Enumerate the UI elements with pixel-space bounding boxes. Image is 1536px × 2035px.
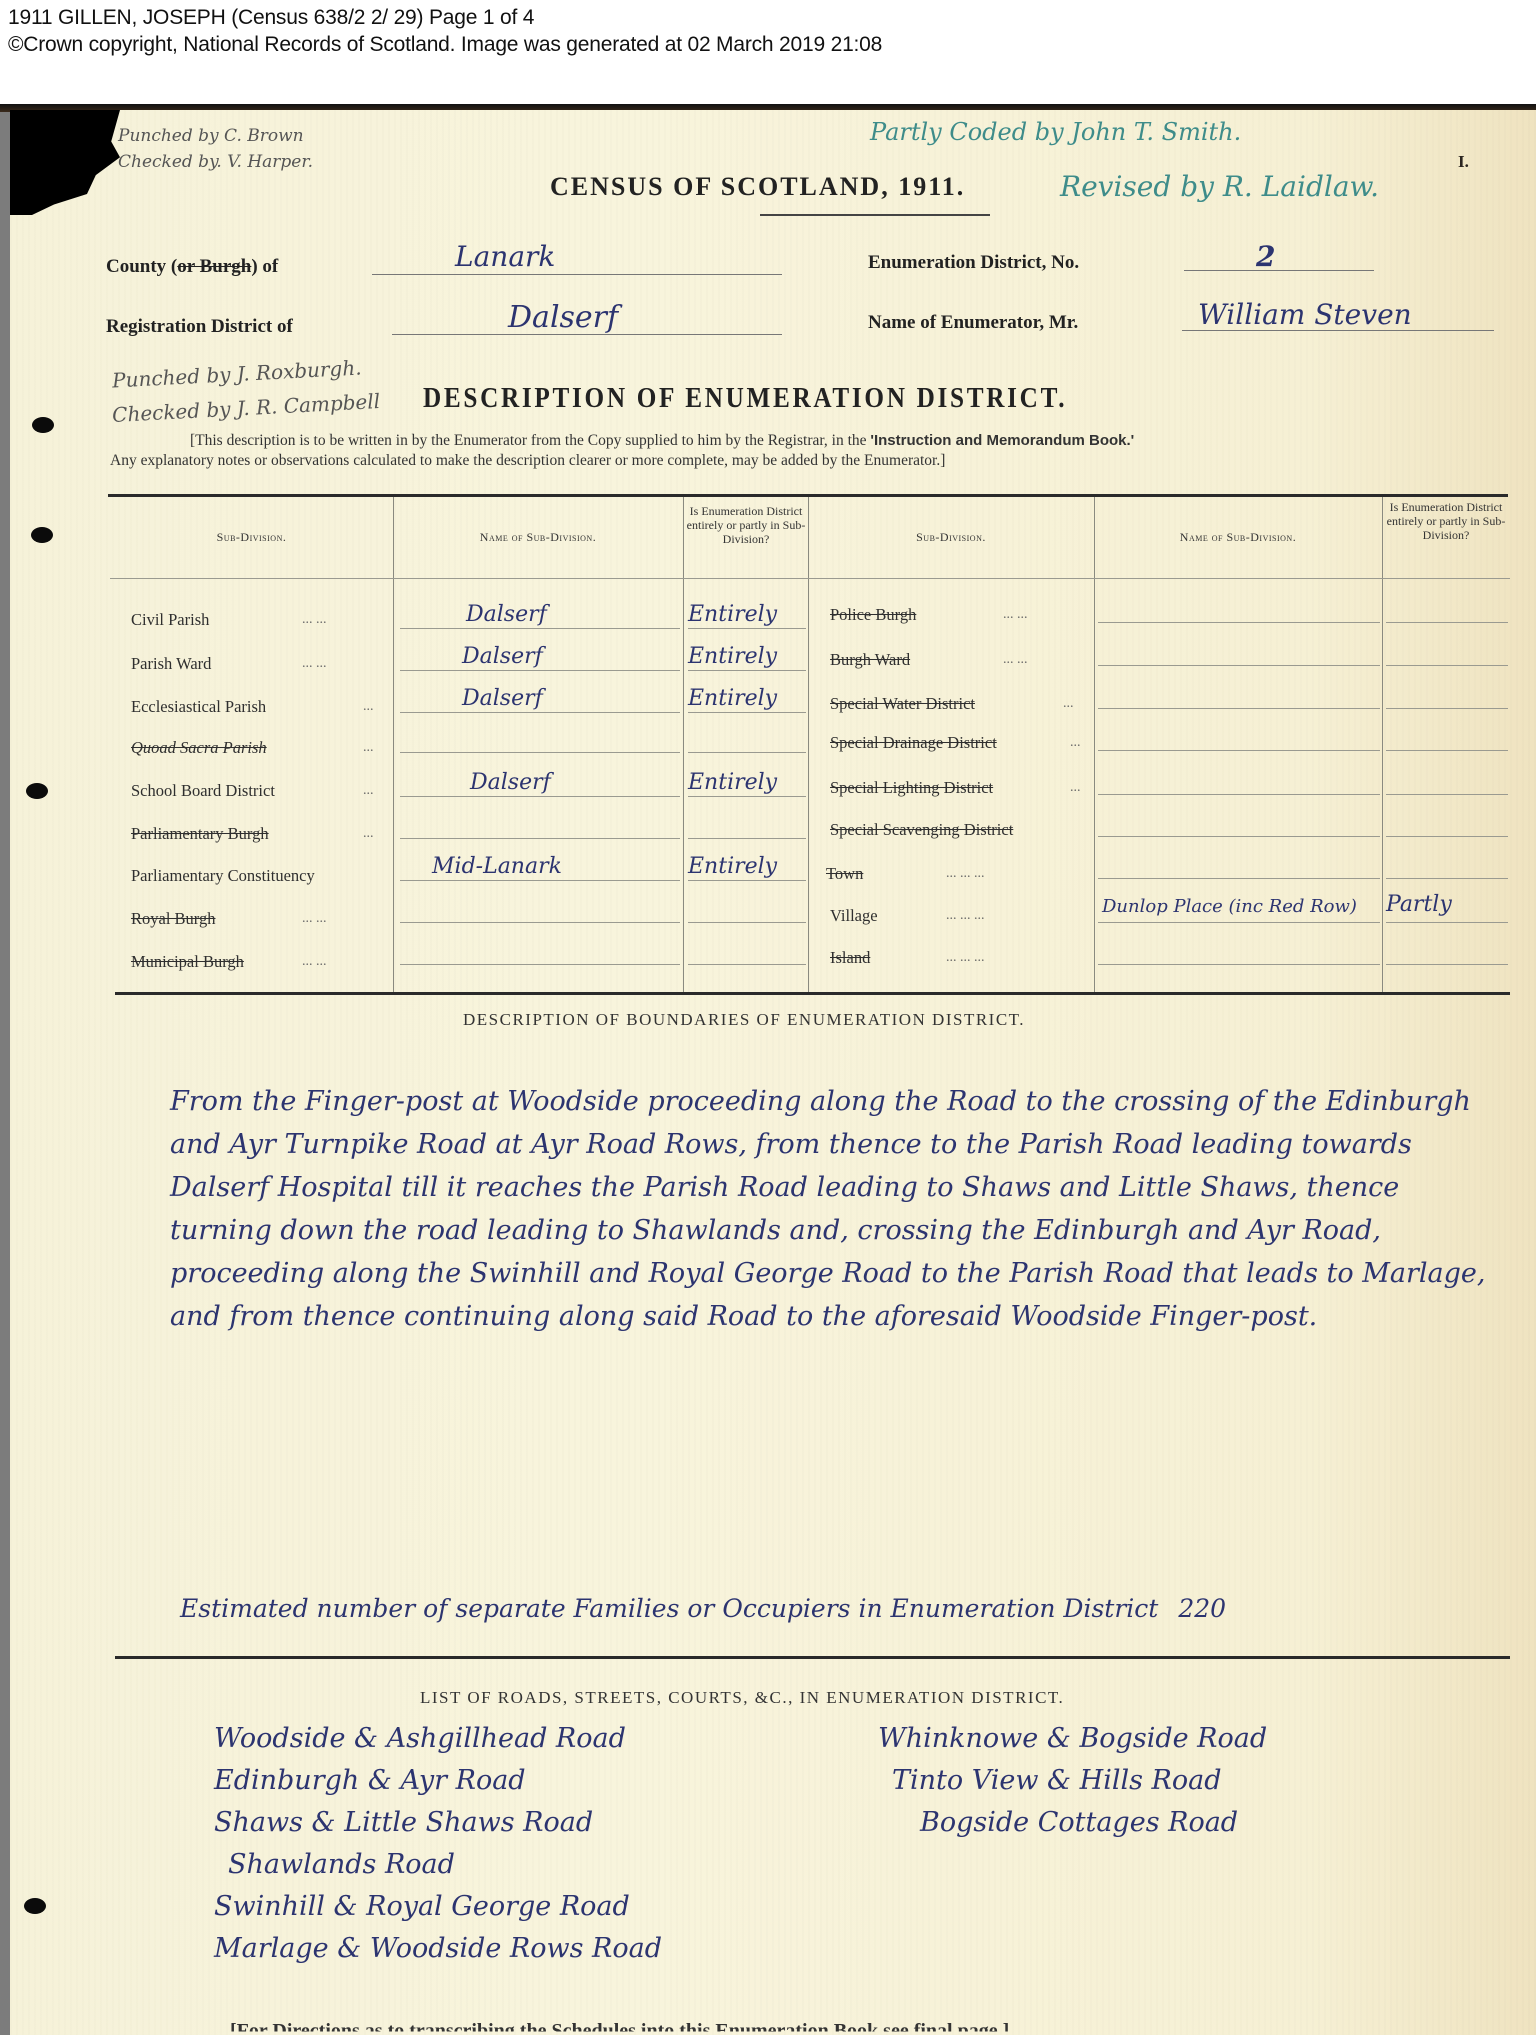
page-number: I. xyxy=(1458,152,1469,172)
boundaries-title: DESCRIPTION OF BOUNDARIES OF ENUMERATION… xyxy=(463,1010,1025,1030)
enumerator-value: William Steven xyxy=(1198,298,1412,331)
list-item: Marlage & Woodside Rows Road xyxy=(214,1928,662,1970)
description-title: DESCRIPTION OF ENUMERATION DISTRICT. xyxy=(423,383,1067,415)
list-item: Shaws & Little Shaws Road xyxy=(214,1802,662,1844)
roads-title: LIST OF ROADS, STREETS, COURTS, &c., IN … xyxy=(420,1688,1064,1708)
punch-hole xyxy=(32,417,54,433)
county-value: Lanark xyxy=(455,240,555,273)
header-sub-division-left: Sub-Division. xyxy=(110,530,393,545)
list-item: Bogside Cottages Road xyxy=(878,1802,1267,1844)
header-name-left: Name of Sub-Division. xyxy=(393,530,683,545)
header-question-right: Is Enumeration District entirely or part… xyxy=(1384,500,1508,542)
copyright-notice: ©Crown copyright, National Records of Sc… xyxy=(8,33,882,57)
record-title: 1911 GILLEN, JOSEPH (Census 638/2 2/ 29)… xyxy=(8,6,534,30)
list-item: Shawlands Road xyxy=(214,1844,662,1886)
enumerator-label: Name of Enumerator, Mr. xyxy=(868,312,1078,334)
punch-hole xyxy=(31,527,53,543)
annotation-revised-by: Revised by R. Laidlaw. xyxy=(1060,170,1379,203)
roads-list-right: Whinknowe & Bogside Road Tinto View & Hi… xyxy=(878,1718,1267,1844)
header-name-right: Name of Sub-Division. xyxy=(1094,530,1382,545)
form-title: CENSUS OF SCOTLAND, 1911. xyxy=(550,172,965,202)
list-item: Swinhill & Royal George Road xyxy=(214,1886,662,1928)
boundaries-text: From the Finger-post at Woodside proceed… xyxy=(170,1080,1490,1338)
estimated-families-value: 220 xyxy=(1178,1594,1226,1623)
annotation-checked-by: Checked by. V. Harper. xyxy=(118,152,313,172)
description-note-line1: [This description is to be written in by… xyxy=(190,432,1134,450)
annotation-punched-by: Punched by C. Brown xyxy=(118,126,304,146)
header-sub-division-right: Sub-Division. xyxy=(808,530,1094,545)
punch-hole xyxy=(26,783,48,799)
estimated-families: Estimated number of separate Families or… xyxy=(180,1594,1226,1623)
list-item: Woodside & Ashgillhead Road xyxy=(214,1718,662,1760)
registration-value: Dalserf xyxy=(508,300,618,335)
county-label: County (or Burgh) of xyxy=(106,256,278,278)
punch-hole xyxy=(24,1898,46,1914)
header-question-left: Is Enumeration District entirely or part… xyxy=(686,504,806,546)
registration-label: Registration District of xyxy=(106,316,293,338)
annotation-coded-by: Partly Coded by John T. Smith. xyxy=(870,118,1241,146)
list-item: Edinburgh & Ayr Road xyxy=(214,1760,662,1802)
roads-list-left: Woodside & Ashgillhead Road Edinburgh & … xyxy=(214,1718,662,1970)
enum-district-label: Enumeration District, No. xyxy=(868,252,1079,274)
description-note-line2: Any explanatory notes or observations ca… xyxy=(110,452,945,470)
list-item: Tinto View & Hills Road xyxy=(878,1760,1267,1802)
enum-district-value: 2 xyxy=(1256,240,1275,273)
list-item: Whinknowe & Bogside Road xyxy=(878,1718,1267,1760)
